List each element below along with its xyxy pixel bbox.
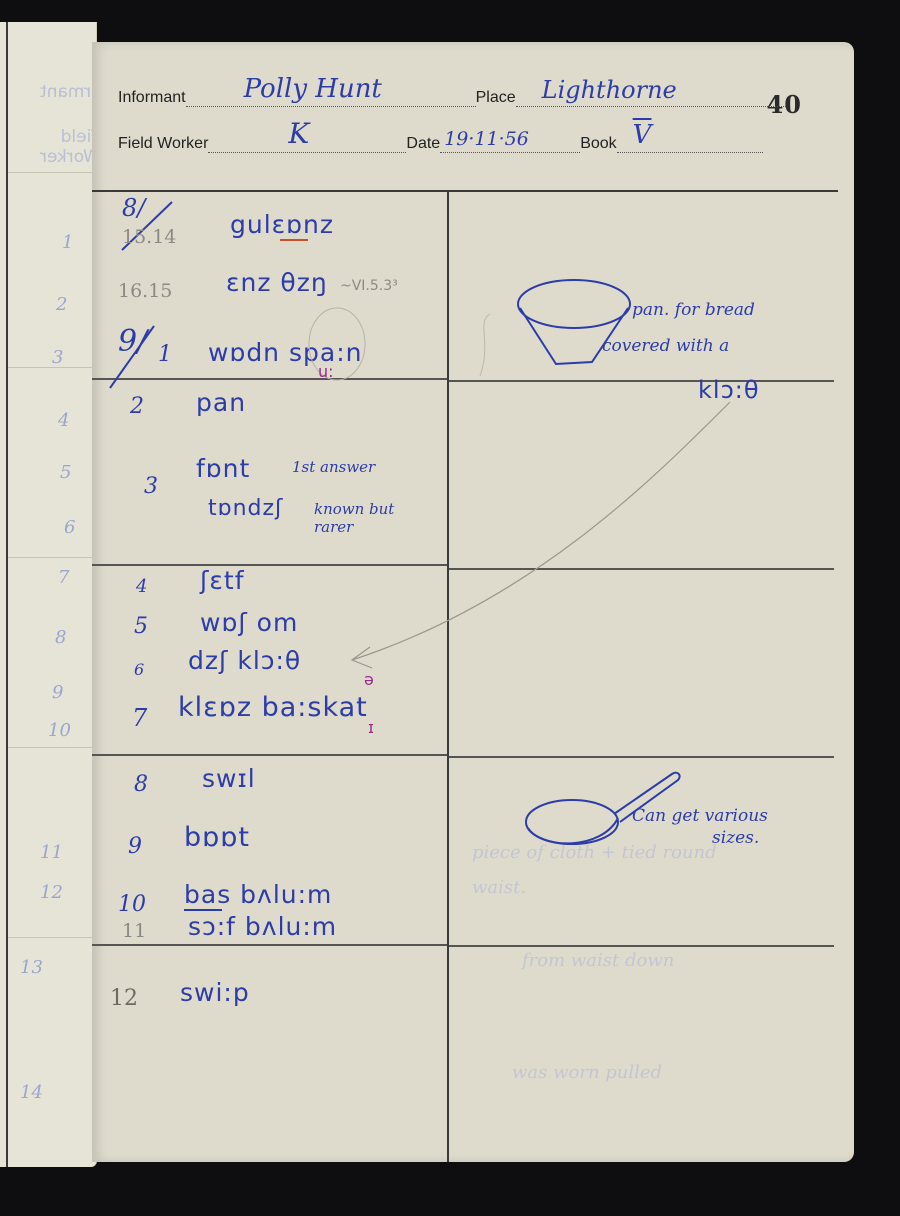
- item-number: 10: [118, 892, 146, 917]
- correction-mark: ɪ: [368, 718, 374, 737]
- place-field: Lighthorne: [516, 88, 786, 107]
- item-number: 3: [144, 474, 158, 499]
- red-underline-mark: [280, 238, 310, 244]
- item-number: 7: [132, 704, 147, 732]
- prev-page-number: 1: [62, 232, 73, 253]
- sketch-caption: sizes.: [712, 828, 759, 848]
- prev-page-rule: [8, 937, 96, 938]
- field-worker-value: K: [288, 117, 309, 150]
- phonetic-response: dzʃ klɔ:θ: [188, 646, 301, 675]
- phonetic-response: gulɛɒnz: [230, 210, 334, 239]
- item-number: 1: [158, 342, 172, 367]
- phonetic-response: sɔ:f bʌlu:m: [188, 912, 337, 941]
- date-value: 19·11·56: [444, 128, 529, 150]
- item-number: 11: [122, 920, 146, 942]
- prev-page-number: 4: [58, 410, 69, 431]
- phonetic-response: swɪl: [202, 764, 256, 793]
- sketch-caption-phonetic: klɔ:θ: [698, 376, 760, 404]
- header-divider: [92, 190, 838, 192]
- header-informant-row: Informant Polly Hunt Place Lighthorne: [118, 88, 786, 107]
- prev-page-number: 6: [64, 517, 75, 538]
- row-divider: [449, 756, 834, 758]
- phonetic-response: ɛnz θzŋ: [226, 268, 328, 297]
- prev-page-ghost-label: Field Worker: [40, 127, 97, 167]
- phonetic-response: wɒʃ om: [200, 608, 298, 637]
- ghost-text: was worn pulled: [512, 1062, 662, 1083]
- prev-page-number: 11: [40, 842, 63, 863]
- pencil-curve-mark: [476, 312, 496, 382]
- pencil-circle-mark: [302, 304, 372, 384]
- field-worker-field: K: [208, 134, 406, 153]
- item-number: 9: [128, 834, 142, 859]
- slash-mark-icon: [106, 322, 166, 392]
- phonetic-response: fɒnt: [196, 454, 250, 483]
- prev-page-rule: [8, 172, 96, 173]
- prev-page-rule: [8, 557, 96, 558]
- sketch-caption: Can get various: [632, 806, 768, 826]
- phonetic-response: bɒɒt: [184, 822, 250, 853]
- field-worker-label: Field Worker: [118, 135, 208, 153]
- item-number: 12: [110, 986, 138, 1011]
- phonetic-response: swi:p: [180, 978, 250, 1007]
- cross-reference-note: ~VI.5.3³: [340, 278, 398, 294]
- row-divider: [449, 380, 834, 382]
- phonetic-response: tɒndzʃ: [208, 496, 283, 521]
- item-number: 15.14: [122, 226, 176, 248]
- pencil-arrow-icon: [350, 402, 750, 702]
- sketch-caption: covered with a: [602, 336, 729, 356]
- notebook-page: 40 Informant Polly Hunt Place Lighthorne…: [92, 42, 854, 1162]
- informant-value: Polly Hunt: [244, 74, 382, 104]
- item-number: 6: [134, 660, 144, 679]
- row-divider: [92, 754, 447, 756]
- ghost-text: waist.: [472, 877, 526, 898]
- informant-field: Polly Hunt: [186, 88, 476, 107]
- prev-page-number: 13: [20, 957, 43, 978]
- prev-page-number: 7: [58, 567, 69, 588]
- prev-page-number: 5: [60, 462, 71, 483]
- previous-page-edge: Informant Field Worker 1 2 3 4 5 6 7 8 9…: [0, 22, 97, 1167]
- item-number: 2: [130, 394, 144, 419]
- informant-label: Informant: [118, 89, 186, 107]
- correction-mark: u:: [318, 362, 334, 381]
- place-label: Place: [476, 89, 516, 107]
- prev-page-number: 2: [56, 294, 67, 315]
- prev-page-number: 8: [55, 627, 66, 648]
- date-label: Date: [406, 135, 440, 153]
- date-field: 19·11·56: [440, 134, 580, 153]
- prev-page-number: 10: [48, 720, 71, 741]
- notebook-spine: [6, 22, 8, 1167]
- item-number: 16.15: [118, 280, 172, 302]
- header-fieldworker-row: Field Worker K Date 19·11·56 Book V: [118, 134, 763, 153]
- prev-page-number: 12: [40, 882, 63, 903]
- phonetic-response: ʃɛtf: [200, 566, 245, 595]
- item-number: 4: [136, 576, 147, 597]
- phonetic-response: pan: [196, 388, 246, 417]
- phonetic-response: bas bʌlu:m: [184, 880, 332, 909]
- phonetic-response: klɛɒz ba:skat: [178, 692, 368, 723]
- book-label: Book: [580, 135, 616, 153]
- row-divider: [92, 944, 447, 946]
- place-value: Lighthorne: [542, 76, 677, 104]
- prev-page-ghost-label: Informant: [40, 82, 97, 102]
- row-divider: [449, 945, 834, 947]
- prev-page-number: 14: [20, 1082, 43, 1103]
- book-field: V: [617, 134, 763, 153]
- item-number: 8: [134, 772, 148, 797]
- prev-page-rule: [8, 747, 96, 748]
- ghost-text: from waist down: [522, 950, 674, 971]
- book-value: V: [633, 120, 652, 150]
- prev-page-number: 9: [52, 682, 63, 703]
- sketch-caption: pan. for bread: [632, 300, 755, 320]
- prev-page-number: 3: [52, 347, 63, 368]
- item-number: 5: [134, 614, 148, 639]
